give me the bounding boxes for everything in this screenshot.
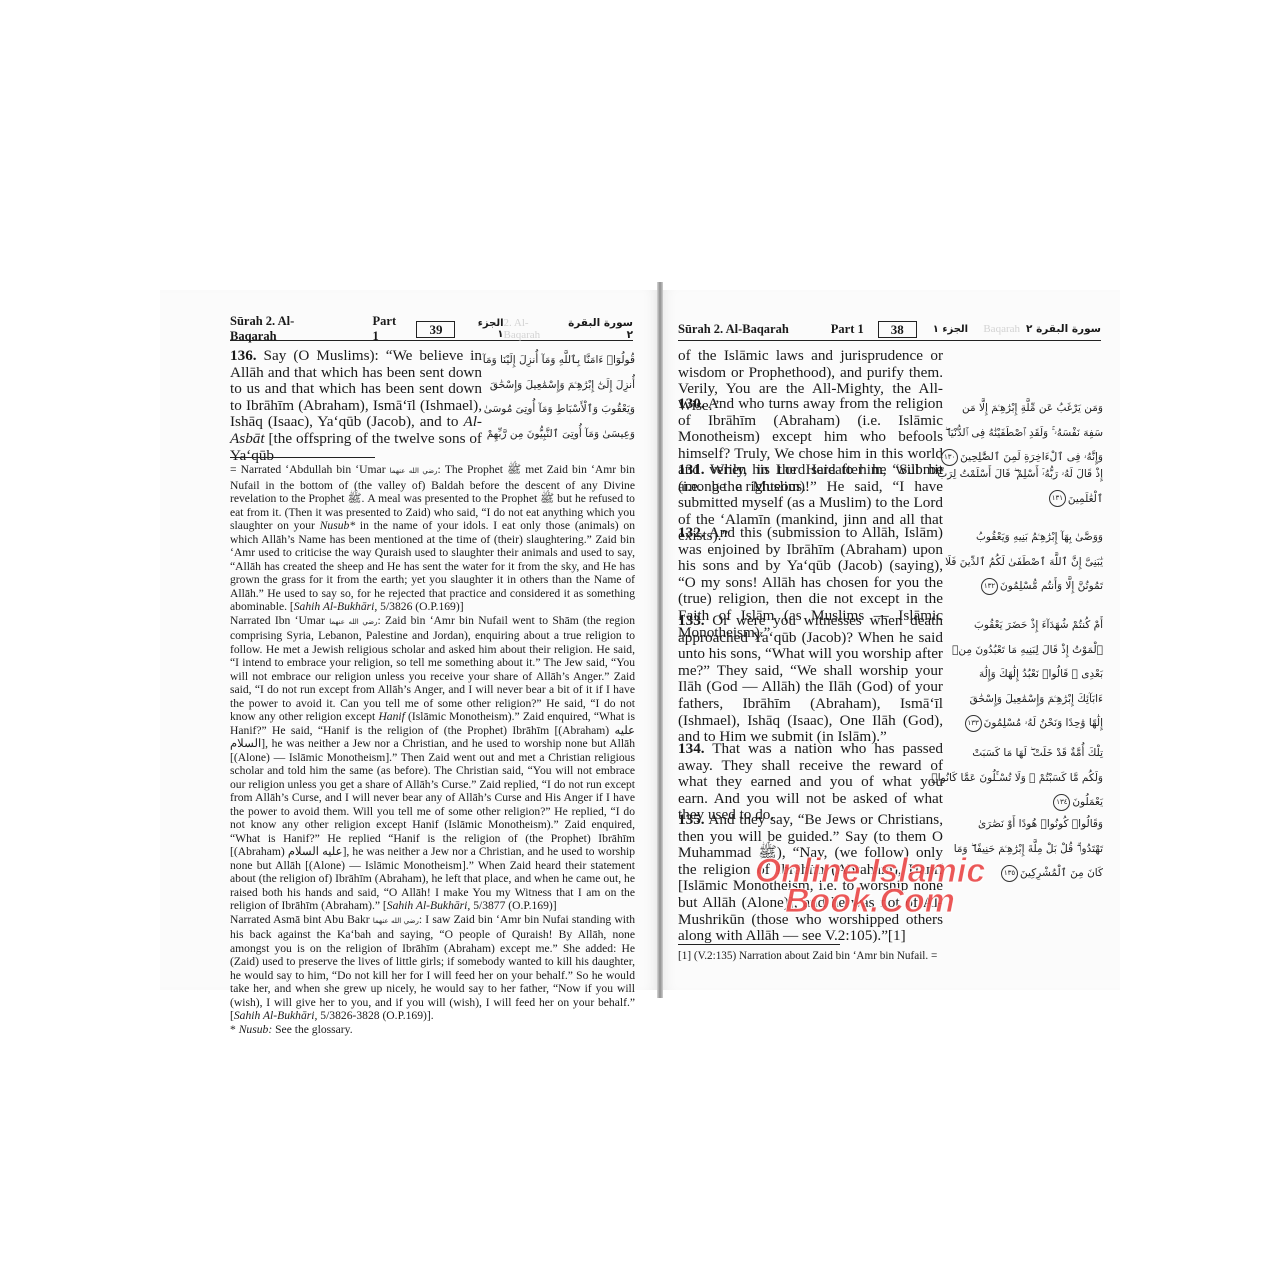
footnote-narration-2: Narrated Ibn ‘Umar رضي الله عنهما: Zaid … xyxy=(230,614,635,913)
bleed-through-title: 2. Al-Baqarah xyxy=(504,317,560,341)
left-page-footnotes: = Narrated ‘Abdullah bin ‘Umar رضي الله … xyxy=(230,463,635,1036)
bleed-through-title: Baqarah xyxy=(983,323,1020,335)
ayah-end-marker-icon: ١٣٥ xyxy=(1001,865,1018,882)
part-label: Part 1 xyxy=(373,314,403,344)
verse-number: 132. xyxy=(678,524,705,541)
ayah-end-marker-icon: ١٣٣ xyxy=(965,715,982,732)
verse-number: 131. xyxy=(678,461,705,478)
verse-136: 136. Say (O Muslims): “We believe in All… xyxy=(230,348,635,464)
ayah-end-marker-icon: ١٣٢ xyxy=(981,578,998,595)
right-page-footnote: [1] (V.2:135) Narration about Zaid bin ‘… xyxy=(678,950,978,964)
juz-arabic: الجزء ١ xyxy=(933,324,968,335)
verse-english: 133. Or were you witnesses when death ap… xyxy=(678,613,943,746)
footnote-narration-1: = Narrated ‘Abdullah bin ‘Umar رضي الله … xyxy=(230,463,635,614)
footnote-narration-3: Narrated Asmā bint Abu Bakr رضي الله عنه… xyxy=(230,913,635,1023)
verse-number: 135. xyxy=(678,811,705,828)
verse-arabic: أَمْ كُنتُمْ شُهَدَآءَ إِذْ حَضَرَ يَعْق… xyxy=(951,613,1103,746)
left-page: Sūrah 2. Al-Baqarah Part 1 39 الجزء ١ 2.… xyxy=(160,290,657,990)
verse-number: 130. xyxy=(678,395,705,412)
verse-136-english: 136. Say (O Muslims): “We believe in All… xyxy=(230,348,482,464)
verse-row: 133. Or were you witnesses when death ap… xyxy=(678,613,1103,746)
verse-number: 134. xyxy=(678,740,705,757)
surah-arabic: سورة البقرة ٢ xyxy=(1026,323,1101,335)
verse-136-arabic: قُولُوٓا۟ ءَامَنَّا بِٱللَّهِ وَمَآ أُنز… xyxy=(488,348,635,464)
part-label: Part 1 xyxy=(831,322,864,337)
footnote-glossary: * Nusub: See the glossary. xyxy=(230,1023,635,1037)
watermark-logo: Online Islamic Book.Com xyxy=(750,856,990,916)
ayah-end-marker-icon: ١٣١ xyxy=(1049,490,1066,507)
open-book-spread: Sūrah 2. Al-Baqarah Part 1 39 الجزء ١ 2.… xyxy=(160,290,1120,990)
surah-arabic: سورة البقرة ٢ xyxy=(565,317,633,341)
page-number: 39 xyxy=(416,321,455,338)
juz-arabic: الجزء ١ xyxy=(471,318,503,340)
ayah-end-marker-icon: ١٣٤ xyxy=(1053,794,1070,811)
left-page-header: Sūrah 2. Al-Baqarah Part 1 39 الجزء ١ 2.… xyxy=(230,318,633,341)
verse-number: 136. xyxy=(230,347,257,364)
right-page-header: Sūrah 2. Al-Baqarah Part 1 38 الجزء ١ Ba… xyxy=(678,318,1101,341)
surah-title: Sūrah 2. Al-Baqarah xyxy=(230,314,331,344)
footnote-divider xyxy=(678,944,840,945)
surah-title: Sūrah 2. Al-Baqarah xyxy=(678,322,789,337)
page-number: 38 xyxy=(878,321,917,338)
footnote-divider xyxy=(230,457,375,458)
verse-number: 133. xyxy=(678,612,705,629)
